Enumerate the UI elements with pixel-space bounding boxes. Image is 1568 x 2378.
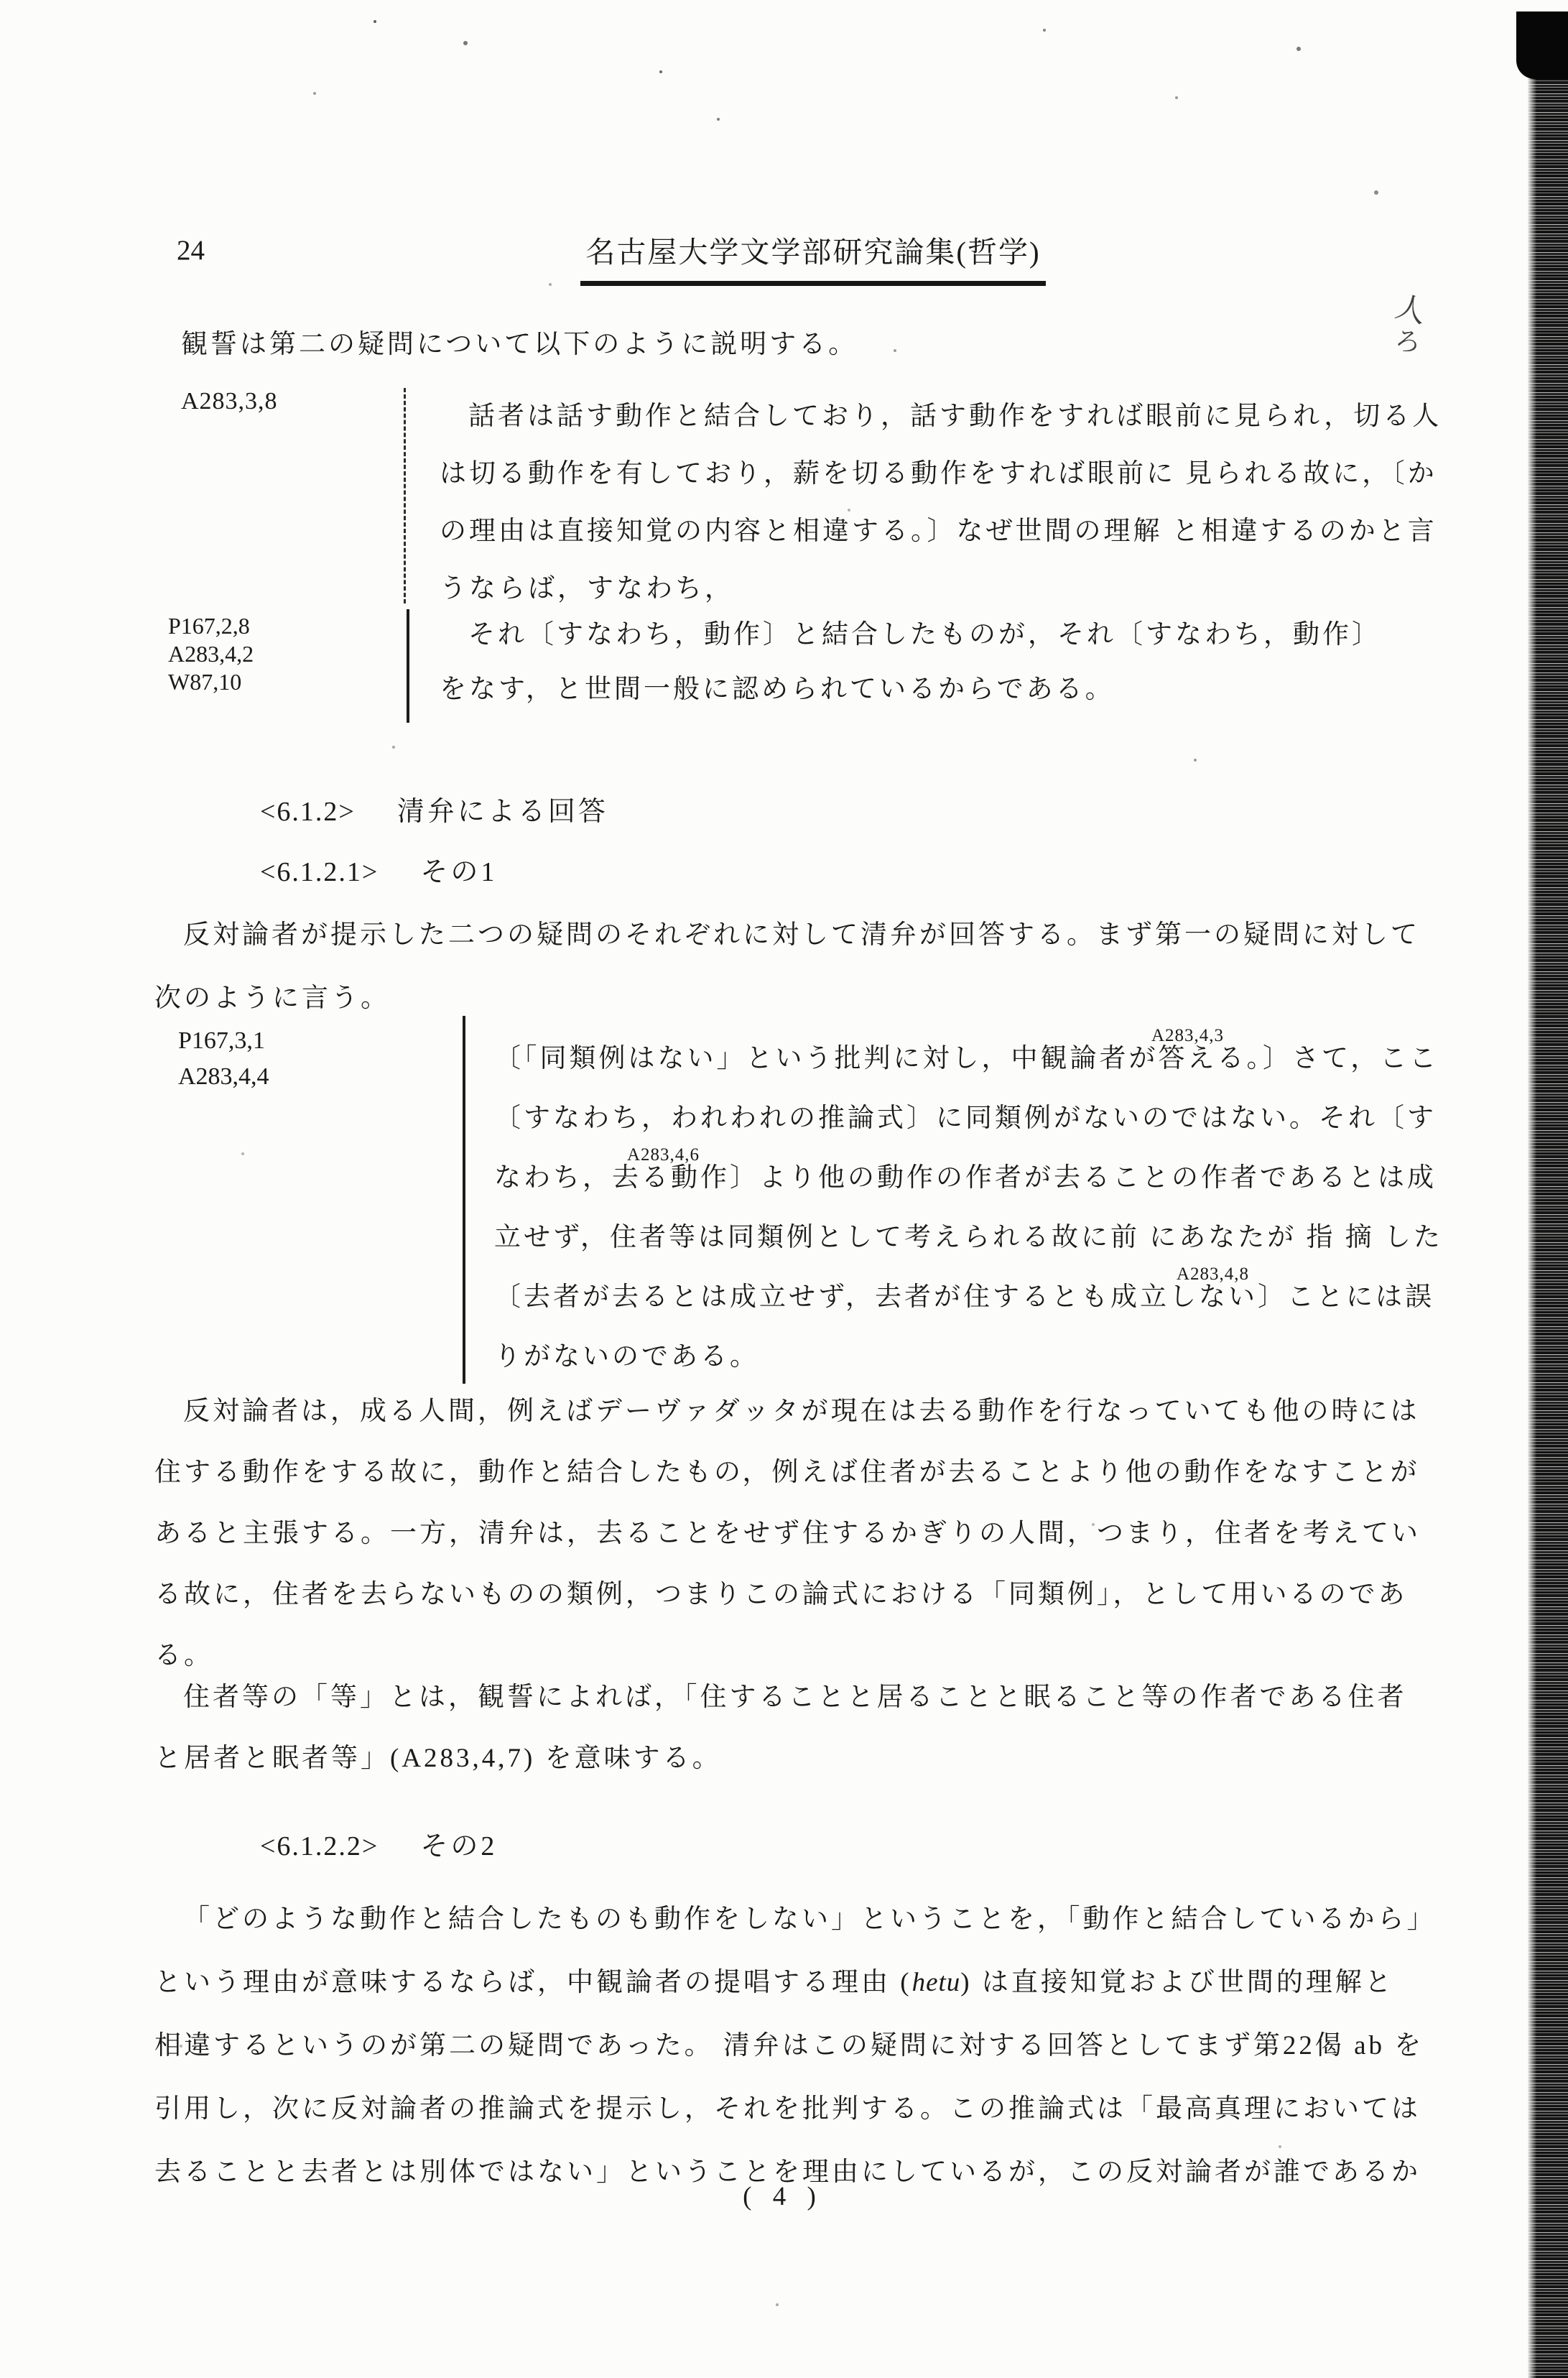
superscript-ref: A283,4,8	[1177, 1244, 1249, 1304]
paragraph-line: という理由が意味するならば，中観論者の提唱する理由 (hetu) は直接知覚およ…	[154, 1951, 1437, 2014]
section-number: <6.1.2.1>	[260, 857, 379, 887]
intro-paragraph: 観誓は第二の疑問について以下のように説明する。	[181, 322, 858, 361]
stray-mark: ろ	[1393, 320, 1422, 359]
paragraph: 反対論者は，成る人間，例えばデーヴァダッタが現在は去る動作を行なっていても他の時…	[154, 1381, 1421, 1686]
quote3-vertical-rule	[463, 1016, 465, 1384]
paragraph-line: 引用し，次に反対論者の推論式を提示し，それを批判する。この推論式は「最高真理にお…	[154, 2078, 1437, 2141]
page-number: 24	[177, 234, 205, 267]
quote2-source-labels: P167,2,8 A283,4,2 W87,10	[168, 612, 254, 696]
scanned-journal-page: 人 ろ 24 名古屋大学文学部研究論集(哲学) 観誓は第二の疑問について以下のよ…	[0, 0, 1568, 2378]
section-title: その1	[420, 857, 497, 887]
paragraph-line: 相違するというのが第二の疑問であった。 清弁はこの疑問に対する回答としてまず第2…	[154, 2014, 1437, 2078]
quote-source-label: W87,10	[168, 668, 254, 696]
section-title: その2	[420, 1831, 497, 1861]
paragraph-line: あると主張する。一方，清弁は，去ることをせず住するかぎりの人間，つまり，住者を考…	[154, 1503, 1421, 1564]
quote-line: をなす，と世間一般に認められているからである。	[440, 662, 1406, 717]
paragraph: 反対論者が提示した二つの疑問のそれぞれに対して清弁が回答する。まず第一の疑問に対…	[154, 904, 1420, 1030]
paragraph-line: 反対論者が提示した二つの疑問のそれぞれに対して清弁が回答する。まず第一の疑問に対…	[154, 904, 1420, 967]
paragraph-text: という理由が意味するならば，中観論者の提唱する理由 (	[154, 1968, 912, 1997]
paragraph-text: ) は直接知覚および世間的理解と	[960, 1968, 1394, 1997]
quote-line: 立せず，住者等は同類例として考えられる故に前 にあなたが 指 摘 した	[494, 1208, 1428, 1267]
paragraph-line: る故に，住者を去らないものの類例，つまりこの論式における「同類例」，として用いる…	[154, 1564, 1421, 1625]
scan-gutter-band-cap	[1516, 11, 1568, 79]
paragraph-line: 反対論者は，成る人間，例えばデーヴァダッタが現在は去る動作を行なっていても他の時…	[154, 1381, 1421, 1442]
quote1-source-label: A283,3,8	[181, 388, 278, 415]
journal-title: 名古屋大学文学部研究論集(哲学)	[580, 228, 1046, 286]
section-title: 清弁による回答	[397, 797, 608, 827]
scan-specks	[0, 0, 3, 3]
section-number: <6.1.2.2>	[260, 1831, 379, 1861]
quote-line: 〔「同類例はない」という批判に対し，中観論者が答える。〕さて，ここ	[494, 1029, 1428, 1088]
scan-gutter-band	[1528, 11, 1568, 2378]
quote-source-label: A283,4,4	[178, 1059, 269, 1095]
quote-line: それ〔すなわち，動作〕と結合したものが，それ〔すなわち，動作〕	[440, 608, 1406, 662]
footer-page-marker: ( 4 )	[690, 2181, 876, 2212]
paragraph: 住者等の「等」とは，観誓によれば，「住することと居ることと眠ること等の作者である…	[154, 1667, 1407, 1789]
section-heading-6-1-2-2: <6.1.2.2>その2	[260, 1823, 497, 1863]
quote2-vertical-rule	[407, 609, 409, 723]
quote-line: の理由は直接知覚の内容と相違する。〕なぜ世間の理解 と相違するのかと言	[440, 503, 1406, 560]
section-heading-6-1-2-1: <6.1.2.1>その1	[260, 849, 497, 889]
section-heading-6-1-2: <6.1.2>清弁による回答	[260, 789, 608, 828]
hetu-italic-term: hetu	[912, 1968, 961, 1997]
quote3-source-labels: P167,3,1 A283,4,4	[178, 1023, 269, 1095]
section-number: <6.1.2>	[260, 797, 356, 827]
quote-source-label: P167,2,8	[168, 612, 254, 640]
quote-line: は切る動作を有しており，薪を切る動作をすれば眼前に 見られる故に，〔か	[440, 445, 1406, 503]
quote1-vertical-rule	[404, 388, 406, 603]
quote-line: 〔去者が去るとは成立せず，去者が住するとも成立しない〕ことには誤	[494, 1267, 1428, 1327]
quote-line: りがないのである。	[494, 1327, 1428, 1387]
superscript-ref: A283,4,3	[1151, 1006, 1224, 1065]
paragraph-line: 住する動作をする故に，動作と結合したもの，例えば住者が去ることより他の動作をなす…	[154, 1442, 1421, 1503]
quote1-text: 話者は話す動作と結合しており，話す動作をすれば眼前に見られ，切る人 は切る動作を…	[440, 388, 1406, 618]
quote-source-label: P167,3,1	[178, 1023, 269, 1059]
quote2-text: それ〔すなわち，動作〕と結合したものが，それ〔すなわち，動作〕 をなす，と世間一…	[440, 608, 1406, 717]
paragraph-line: 住者等の「等」とは，観誓によれば，「住することと居ることと眠ること等の作者である…	[154, 1667, 1407, 1728]
quote-source-label: A283,4,2	[168, 640, 254, 668]
quote-line: 話者は話す動作と結合しており，話す動作をすれば眼前に見られ，切る人	[440, 388, 1406, 445]
superscript-ref: A283,4,6	[627, 1125, 700, 1185]
quote3-text: A283,4,3 A283,4,6 A283,4,8 〔「同類例はない」という批…	[494, 1029, 1428, 1387]
paragraph-line: 「どのような動作と結合したものも動作をしない」ということを，「動作と結合している…	[154, 1888, 1437, 1951]
paragraph-line: 次のように言う。	[154, 967, 1420, 1030]
paragraph: 「どのような動作と結合したものも動作をしない」ということを，「動作と結合している…	[154, 1888, 1437, 2204]
paragraph-line: と居者と眠者等」(A283,4,7) を意味する。	[154, 1728, 1407, 1789]
